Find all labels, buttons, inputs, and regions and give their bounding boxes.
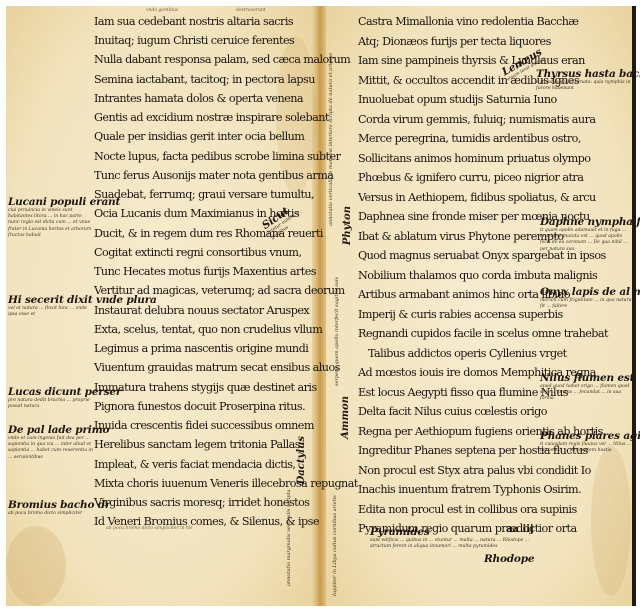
margin-note-body: apud quod habet origo ... flumen quod se… [540, 384, 632, 403]
text-line: Exta, scelus, tentat, quo non crudelius … [94, 324, 322, 335]
margin-note-body: ti cuiusdam regis fluuius vel ... Nilus … [540, 442, 632, 454]
margin-note-body: it quam apollo adamauit et in fuga ... i… [540, 228, 632, 253]
margin-note-heading: Nilus flumen est [540, 372, 632, 384]
vertical-note-heading: Ammon [340, 396, 351, 439]
text-line: Pignora funestos docuit Proserpina ritus… [94, 401, 305, 412]
book-spread: Iam sua cedebant nostris altaria sacris … [6, 6, 636, 606]
margin-note: Daphne nympha fu it quam apollo adamauit… [540, 216, 632, 253]
interlinear-gloss: ab pocu bromo dicto simpliciter in his [106, 526, 266, 531]
text-line: Non procul est Styx atra palus vbi condi… [358, 465, 591, 476]
margin-note: Hi secerit dixit vnde plura vel et natur… [8, 294, 92, 318]
text-line: Virginibus sacris moresq; irridet honest… [94, 497, 310, 508]
text-line: Talibus addictos operis Cyllenius vrget [368, 348, 567, 359]
text-line: Cogitat extincti regni consortibus vnum, [94, 247, 302, 258]
text-line: Instaurat delubra nouus sectator Aruspex [94, 305, 309, 316]
margin-note: Rhodope [484, 553, 534, 565]
vertical-note-body: serpens quem apollo interfecit sagittis … [334, 256, 340, 386]
text-line: Gentis ad excidium nostræ inspirare sole… [94, 112, 329, 123]
text-line: Inuitaq; iugum Christi ceruice ferentes [94, 35, 294, 46]
margin-note: Onyx lapis de al mar morum cum frigidita… [540, 286, 632, 310]
text-line: Phœbus & ignifero curru, piceo nigrior a… [358, 172, 583, 183]
margin-note-body: ciui prouincia in vineis sunt habitantes… [8, 208, 92, 239]
text-line: Semina iactabant, tacitoq; in pectora la… [94, 74, 315, 85]
text-line: Nulla dabant responsa palam, sed cæca ma… [94, 54, 350, 65]
text-line: Nocte lupus, facta pedibus scrobe limina… [94, 151, 340, 162]
page-edge [632, 6, 636, 606]
margin-note-heading: Rhodope [484, 553, 534, 565]
vertical-note-body: annotatio marginalis verticalis scripta [286, 446, 292, 586]
text-line: Impleat, & veris faciat mendacia dictis, [94, 459, 295, 470]
margin-note: Phanes piares agip ti cuiusdam regis flu… [540, 430, 632, 454]
vertical-note-body: annotatio verticalis in margine interior… [328, 26, 334, 226]
text-line: Tunc Hecates motus furijs Maxentius arte… [94, 266, 316, 277]
margin-note-heading: Daphne nympha fu [540, 216, 632, 228]
text-line: Sollicitans animos hominum priuatus olym… [358, 153, 590, 164]
text-line: Intrantes hamata dolos & operta venena [94, 93, 303, 104]
margin-note-heading: Lucas dicunt perser [8, 386, 94, 398]
text-line: Ibat & ablatum virus Phytone perempto [358, 231, 564, 242]
text-line: Edita non procul est in collibus ora sup… [358, 504, 577, 515]
margin-note-body: a frondibus vitis ornata: quia nymphis i… [536, 80, 632, 92]
margin-note: Pyramides sunt edificia ... quibus in ..… [370, 526, 550, 550]
text-line: Corda virum gemmis, fuluiq; numismatis a… [358, 114, 596, 125]
text-line: Inuida crescentis fidei successibus omne… [94, 420, 314, 431]
text-line: Est locus Aegypti fisso qua flumine Nilu… [358, 387, 568, 398]
text-line: Imperij & curis rabies accensa superbis [358, 309, 563, 320]
margin-note-body: morum cum frigiditate ... in quo natura … [540, 298, 632, 310]
text-line: Legimus a prima nascentis origine mundi [94, 343, 308, 354]
paper-stain [591, 446, 631, 596]
margin-note-heading: De pal lade primo [8, 424, 94, 436]
margin-note-heading: Thyrsus hasta bachi [536, 68, 632, 80]
margin-note-body: vnde et cum ingenio fuit dea per ... sap… [8, 436, 94, 461]
text-line: Castra Mimallonia vino redolentia Bacchæ [358, 16, 578, 27]
margin-note: De pal lade primo vnde et cum ingenio fu… [8, 424, 94, 461]
text-line: Iam sine pampineis thyrsis & Lyndlaus er… [358, 55, 585, 66]
margin-note: Lucas dicunt perser pro natura dedit bra… [8, 386, 94, 410]
paper-stain [6, 526, 66, 606]
margin-note-heading: Bromius bacho dr [8, 499, 94, 511]
text-line: Quale per insidias gerit inter ocia bell… [94, 131, 304, 142]
margin-note: Nilus flumen est apud quod habet origo .… [540, 372, 632, 403]
margin-note-heading: Lucani populi erant [8, 196, 92, 208]
text-line: Delta facit Nilus cuius cœlestis origo [358, 406, 547, 417]
text-line: Suadebat, ferrumq; graui versare tumultu… [94, 189, 314, 200]
text-line: Mixta choris iuuenum Veneris illecebrosa… [94, 478, 358, 489]
text-line: Viuentum grauidas matrum secat ensibus a… [94, 362, 340, 373]
text-line: Artibus armabant animos hinc orta libido [358, 289, 570, 300]
text-line: Versus in Aethiopem, fidibus spoliatus, … [358, 192, 596, 203]
text-line: Tunc ferus Ausonijs mater nota gentibus … [94, 170, 333, 181]
vertical-note-heading: Dactylus [296, 436, 307, 484]
margin-note-body: vel et natura ... finxit hinc ... vnde i… [8, 306, 92, 318]
text-line: Immatura trahens stygijs quæ destinet ar… [94, 382, 317, 393]
text-line: Regnandi cupidos facile in scelus omne t… [358, 328, 608, 339]
text-line: Nobilium thalamos quo corda imbuta malig… [358, 270, 597, 281]
interlinear-gloss: vnde gentibus [146, 8, 178, 13]
text-line: Herelibus sanctam legem tritonia Pallas [94, 439, 300, 450]
margin-note-body: pro natura dedit brachia ... proprie pos… [8, 398, 94, 410]
text-line: Inuoluebat opum studijs Saturnia Iuno [358, 94, 557, 105]
margin-note: Thyrsus hasta bachi a frondibus vitis or… [536, 68, 632, 92]
margin-note-heading: Phanes piares agip [540, 430, 632, 442]
text-line: Iam sua cedebant nostris altaria sacris [94, 16, 293, 27]
text-line: Inachis inuentum fratrem Typhonis Osirim… [358, 484, 581, 495]
vertical-note-body: Iuppiter in Libya cultus cornibus arieti… [332, 446, 338, 596]
margin-note-heading: Pyramides [370, 526, 550, 538]
margin-note-body: sunt edificia ... quibus in ... vtuntur … [370, 538, 550, 550]
margin-note: Lucani populi erant ciui prouincia in vi… [8, 196, 92, 239]
margin-note-heading: Hi secerit dixit vnde plura [8, 294, 92, 306]
text-line: Merce peregrina, tumidis ardentibus ostr… [358, 133, 581, 144]
margin-note-heading: Onyx lapis de al mar [540, 286, 632, 298]
vertical-note-heading: Phyton [342, 206, 353, 245]
text-line: Atq; Dionæos furijs per tecta liquores [358, 36, 551, 47]
margin-note: Bromius bacho dr ab pocu bromo dicto sim… [8, 499, 94, 517]
interlinear-gloss: destruxerunt [236, 8, 266, 13]
margin-note-body: ab pocu bromo dicto simpliciter [8, 511, 94, 517]
